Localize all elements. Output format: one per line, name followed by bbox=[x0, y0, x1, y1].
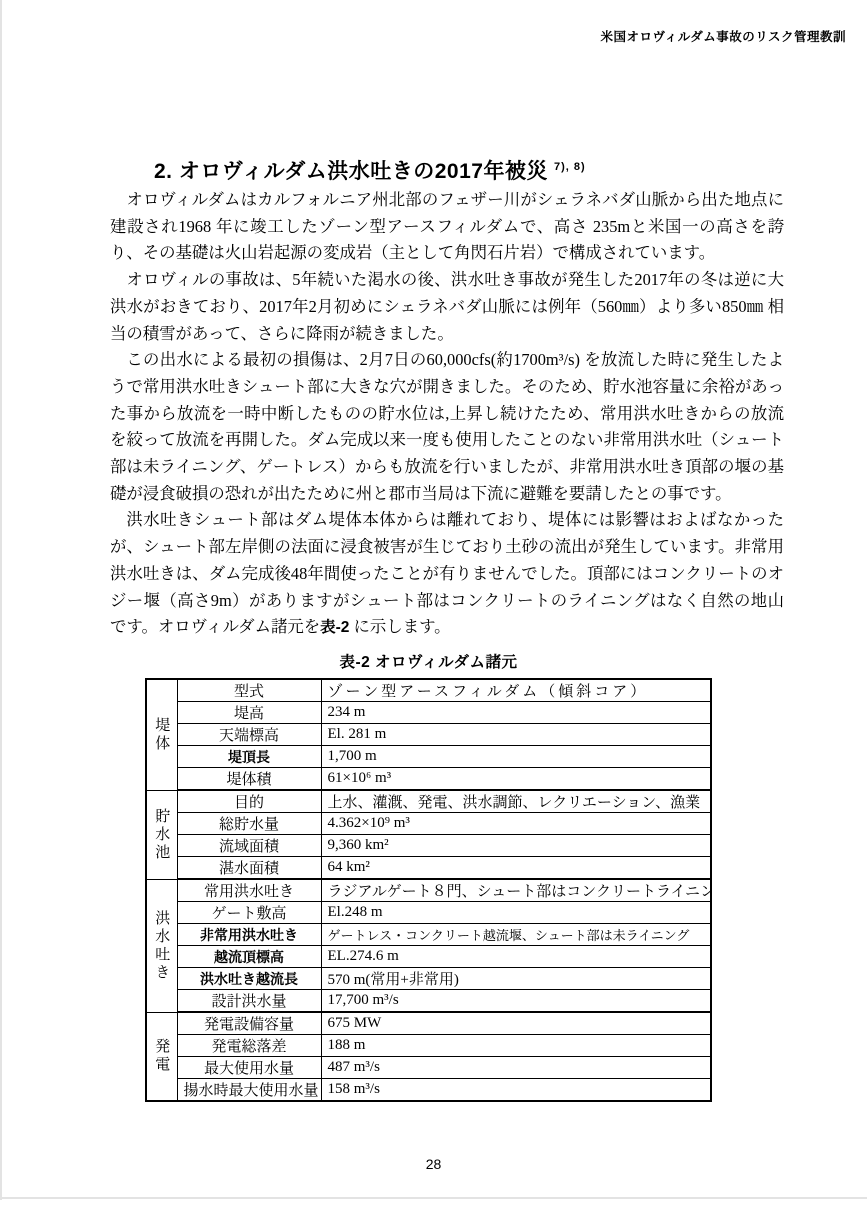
table-caption: 表-2 オロヴィルダム諸元 bbox=[145, 650, 712, 672]
table-row: 堤体積 61×10⁶ m³ bbox=[146, 768, 711, 791]
table-row: 総貯水量 4.362×10⁹ m³ bbox=[146, 813, 711, 835]
table-row-label: 洪水吐き越流長 bbox=[177, 968, 321, 990]
table-row: 堤体 型式 ゾーン型アースフィルダム（傾斜コア） bbox=[146, 679, 711, 702]
table-group-label: 堤体 bbox=[146, 679, 177, 790]
table-row-label: 発電設備容量 bbox=[177, 1012, 321, 1035]
page-left-edge bbox=[0, 0, 2, 1200]
table-row: 洪水吐き越流長 570 m(常用+非常用) bbox=[146, 968, 711, 990]
table-row-value: 675 MW bbox=[321, 1012, 711, 1035]
table-row-value: 64 km² bbox=[321, 857, 711, 880]
table-row-value: 上水、灌漑、発電、洪水調節、レクリエーション、漁業 bbox=[321, 790, 711, 813]
paragraph-4: 洪水吐きシュート部はダム堤体本体からは離れており、堤体には影響はおよばなかったが… bbox=[110, 507, 784, 642]
paragraph-2: オロヴィルの事故は、5年続いた渇水の後、洪水吐き事故が発生した2017年の冬は逆… bbox=[110, 267, 784, 347]
page-number: 28 bbox=[0, 1156, 867, 1172]
page-bottom-edge bbox=[0, 1197, 867, 1199]
table-row-label: 設計洪水量 bbox=[177, 990, 321, 1013]
table-row-label: 非常用洪水吐き bbox=[177, 924, 321, 946]
table-group-label: 貯水池 bbox=[146, 790, 177, 879]
table-row: 洪水吐き 常用洪水吐き ラジアルゲート８門、シュート部はコンクリートライニング bbox=[146, 879, 711, 902]
table-row: 天端標高 El. 281 m bbox=[146, 724, 711, 746]
table-row-label: 堤高 bbox=[177, 702, 321, 724]
table-row-label: ゲート敷高 bbox=[177, 902, 321, 924]
document-page: 米国オロヴィルダム事故のリスク管理教訓 2. オロヴィルダム洪水吐きの2017年… bbox=[0, 0, 867, 1223]
table-row-value: 570 m(常用+非常用) bbox=[321, 968, 711, 990]
dam-specs-table: 堤体 型式 ゾーン型アースフィルダム（傾斜コア） 堤高 234 m 天端標高 E… bbox=[145, 678, 712, 1102]
table-row-label: 常用洪水吐き bbox=[177, 879, 321, 902]
section-title-text: 2. オロヴィルダム洪水吐きの2017年被災 bbox=[154, 160, 548, 183]
table-row-label: 目的 bbox=[177, 790, 321, 813]
table-row-value: 158 m³/s bbox=[321, 1079, 711, 1102]
table-row-value: El.248 m bbox=[321, 902, 711, 924]
table-group-label: 洪水吐き bbox=[146, 879, 177, 1012]
table-row-value: ラジアルゲート８門、シュート部はコンクリートライニング bbox=[321, 879, 711, 902]
table-row-label: 湛水面積 bbox=[177, 857, 321, 880]
table-row: 流域面積 9,360 km² bbox=[146, 835, 711, 857]
paragraph-1: オロヴィルダムはカルフォルニア州北部のフェザー川がシェラネバダ山脈から出た地点に… bbox=[110, 187, 784, 267]
table-row-label: 総貯水量 bbox=[177, 813, 321, 835]
table-row-label: 流域面積 bbox=[177, 835, 321, 857]
table-row-value: ゾーン型アースフィルダム（傾斜コア） bbox=[321, 679, 711, 702]
table-row-value: 234 m bbox=[321, 702, 711, 724]
table-row: 発電 発電設備容量 675 MW bbox=[146, 1012, 711, 1035]
table-row: 貯水池 目的 上水、灌漑、発電、洪水調節、レクリエーション、漁業 bbox=[146, 790, 711, 813]
table-row-label: 堤体積 bbox=[177, 768, 321, 791]
body-text: オロヴィルダムはカルフォルニア州北部のフェザー川がシェラネバダ山脈から出た地点に… bbox=[110, 187, 784, 642]
table-row: 揚水時最大使用水量 158 m³/s bbox=[146, 1079, 711, 1102]
table-row: ゲート敷高 El.248 m bbox=[146, 902, 711, 924]
reference-marks: 7), 8) bbox=[554, 161, 586, 173]
table-row-value: ゲートレス・コンクリート越流堰、シュート部は未ライニング bbox=[321, 924, 711, 946]
paragraph-3: この出水による最初の損傷は、2月7日の60,000cfs(約1700m³/s) … bbox=[110, 347, 784, 507]
dam-specs-table-wrap: 堤体 型式 ゾーン型アースフィルダム（傾斜コア） 堤高 234 m 天端標高 E… bbox=[145, 678, 712, 1102]
running-header: 米国オロヴィルダム事故のリスク管理教訓 bbox=[600, 27, 846, 45]
table-row-value: 9,360 km² bbox=[321, 835, 711, 857]
table-row-value: 1,700 m bbox=[321, 746, 711, 768]
table-group-label: 発電 bbox=[146, 1012, 177, 1101]
table-row: 越流頂標高 EL.274.6 m bbox=[146, 946, 711, 968]
table-row: 堤高 234 m bbox=[146, 702, 711, 724]
table-row: 発電総落差 188 m bbox=[146, 1035, 711, 1057]
table-row-label: 型式 bbox=[177, 679, 321, 702]
table-row-label: 最大使用水量 bbox=[177, 1057, 321, 1079]
table-row-label: 発電総落差 bbox=[177, 1035, 321, 1057]
table-row-value: 188 m bbox=[321, 1035, 711, 1057]
table-row-label: 揚水時最大使用水量 bbox=[177, 1079, 321, 1102]
section-title: 2. オロヴィルダム洪水吐きの2017年被災7), 8) bbox=[154, 155, 586, 185]
table-row-value: 17,700 m³/s bbox=[321, 990, 711, 1013]
table-row: 設計洪水量 17,700 m³/s bbox=[146, 990, 711, 1013]
table-reference: 表-2 bbox=[320, 619, 349, 636]
table-row: 最大使用水量 487 m³/s bbox=[146, 1057, 711, 1079]
table-row: 湛水面積 64 km² bbox=[146, 857, 711, 880]
table-row-value: 4.362×10⁹ m³ bbox=[321, 813, 711, 835]
table-row-value: El. 281 m bbox=[321, 724, 711, 746]
paragraph-4-tail: に示します。 bbox=[349, 617, 450, 636]
table-row: 非常用洪水吐き ゲートレス・コンクリート越流堰、シュート部は未ライニング bbox=[146, 924, 711, 946]
table-row-value: 61×10⁶ m³ bbox=[321, 768, 711, 791]
table-row-value: 487 m³/s bbox=[321, 1057, 711, 1079]
table-row-label: 越流頂標高 bbox=[177, 946, 321, 968]
table-row-value: EL.274.6 m bbox=[321, 946, 711, 968]
table-row-label: 堤頂長 bbox=[177, 746, 321, 768]
table-row-label: 天端標高 bbox=[177, 724, 321, 746]
table-row: 堤頂長 1,700 m bbox=[146, 746, 711, 768]
